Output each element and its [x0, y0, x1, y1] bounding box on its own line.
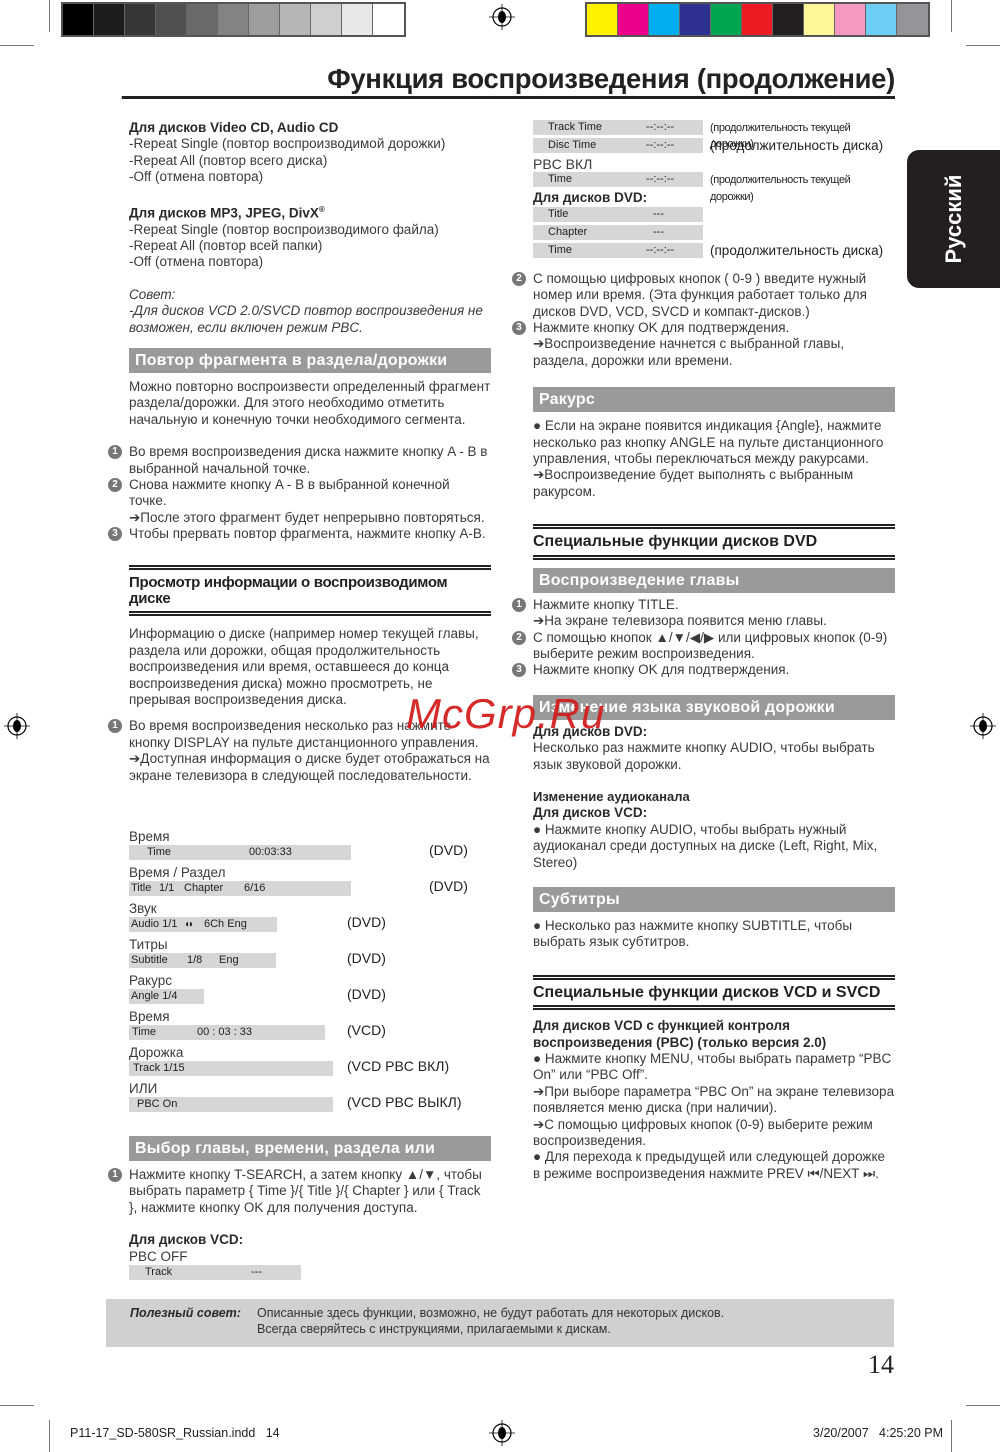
mp3-repeat-item: -Off (отмена повтора): [129, 254, 491, 270]
step-number-icon: 1: [108, 719, 122, 733]
crop-mark: [49, 1420, 50, 1452]
search-step-3-result: ➔Воспроизведение начнется с выбранной гл…: [533, 336, 895, 369]
swatch: [156, 4, 187, 35]
step-number-icon: 2: [512, 631, 526, 645]
ab-step-1: 1Во время воспроизведения диска нажмите …: [129, 444, 491, 477]
search-step-2: 2С помощью цифровых кнопок ( 0-9 ) введи…: [533, 271, 895, 320]
swatch: [587, 4, 618, 35]
osd-display-bar: Title1/1Chapter6/16: [129, 881, 351, 896]
pbc-on-label: PBC ВКЛ: [533, 156, 895, 172]
left-column: Для дисков Video CD, Audio CD -Repeat Si…: [129, 120, 491, 784]
crop-mark: [951, 1420, 952, 1452]
crop-mark: [951, 0, 952, 32]
audio-channel-heading: Изменение аудиоканала: [533, 789, 895, 805]
mp3-repeat-item: -Repeat Single (повтор воспроизводимого …: [129, 222, 491, 238]
chapter-step-3: 3Нажмите кнопку OK для подтверждения.: [533, 662, 895, 678]
audio-vcd-heading: Для дисков VCD:: [533, 805, 895, 821]
chapter-step-1: 1Нажмите кнопку TITLE.: [533, 597, 895, 613]
swatch: [373, 4, 404, 35]
swatch: [742, 4, 773, 35]
angle-result: ➔Воспроизведение будет выполнять с выбра…: [533, 467, 895, 500]
tip-label: Совет:: [129, 287, 491, 303]
swatch: [680, 4, 711, 35]
step-number-icon: 1: [108, 445, 122, 459]
search-step-1: 1Нажмите кнопку T-SEARCH, а затем кнопку…: [129, 1167, 491, 1216]
useful-tip-line: Описанные здесь функции, возможно, не бу…: [257, 1305, 724, 1322]
audio-dvd-text: Несколько раз нажмите кнопку AUDIO, чтоб…: [533, 740, 895, 773]
osd-display-bar: Time--:--:--: [533, 243, 703, 258]
osd-display-bar: Subtitle1/8Eng: [129, 953, 276, 968]
useful-tip-line: Всегда сверяйтесь с инструкциями, прилаг…: [257, 1321, 611, 1338]
osd-display-bar: Chapter---: [533, 225, 703, 240]
swatch: [866, 4, 897, 35]
grayscale-calibration-bar: [61, 2, 406, 37]
section-heading-search: Выбор главы, времени, раздела или дорожк…: [129, 1136, 491, 1161]
step-number-icon: 1: [108, 1168, 122, 1182]
section-heading-dvd-special: Специальные функции дисков DVD: [533, 524, 895, 559]
swatch: [63, 4, 94, 35]
osd-display-bar: Track 1/15: [129, 1061, 333, 1076]
section-heading-ab-repeat: Повтор фрагмента в раздела/дорожки: [129, 348, 491, 373]
osd-display-bar: Time00 : 03 : 33: [129, 1025, 325, 1040]
pbc-item: ● Для перехода к предыдущей или следующе…: [533, 1149, 895, 1182]
registration-mark-icon: [489, 4, 515, 30]
ab-intro: Можно повторно воспроизвести определенны…: [129, 379, 491, 428]
useful-tip-box: Полезный совет: Описанные здесь функции,…: [106, 1299, 894, 1347]
section-heading-subtitles: Субтитры: [533, 887, 895, 912]
tip-text: -Для дисков VCD 2.0/SVCD повтор воспроиз…: [129, 303, 491, 336]
swatch: [94, 4, 125, 35]
osd-disc-type-tag: (DVD): [347, 950, 386, 966]
swatch: [311, 4, 342, 35]
swatch: [187, 4, 218, 35]
swatch: [218, 4, 249, 35]
osd-disc-type-tag: (DVD): [429, 878, 468, 894]
osd-note: (продолжительность диска): [710, 138, 883, 154]
osd-note: (продолжительность текущей дорожки): [710, 172, 895, 205]
language-tab: Русский: [907, 150, 1000, 288]
osd-display-bar: Disc Time--:--:--: [533, 138, 703, 153]
osd-track-field: Track---: [129, 1265, 301, 1280]
step-number-icon: 3: [512, 663, 526, 677]
language-tab-label: Русский: [941, 175, 967, 264]
osd-display-bar: Time--:--:--: [533, 172, 703, 187]
section-heading-chapter-play: Воспроизведение главы: [533, 568, 895, 593]
pbc-item: ➔При выборе параметра “PBC On” на экране…: [533, 1084, 895, 1117]
step-number-icon: 2: [512, 272, 526, 286]
search-step-3: 3Нажмите кнопку OK для подтверждения.: [533, 320, 895, 336]
swatch: [280, 4, 311, 35]
step-number-icon: 2: [108, 478, 122, 492]
swatch: [897, 4, 928, 35]
registration-mark-icon: [489, 1420, 515, 1446]
chapter-step-2: 2С помощью кнопок ▲/▼/◀/▶ или цифровых к…: [533, 630, 895, 663]
audio-vcd-text: ● Нажмите кнопку AUDIO, чтобы выбрать ну…: [533, 822, 895, 871]
pbc-heading: Для дисков VCD с функцией контроля воспр…: [533, 1018, 895, 1051]
swatch: [342, 4, 373, 35]
section-heading-vcd-special: Специальные функции дисков VCD и SVCD: [533, 975, 895, 1010]
search-vcd-heading: Для дисков VCD:: [129, 1232, 491, 1248]
swatch: [835, 4, 866, 35]
crop-mark: [966, 45, 1000, 46]
osd-display-bar: Angle 1/4: [129, 989, 204, 1004]
osd-disc-type-tag: (VCD PBC ВЫКЛ): [347, 1094, 462, 1110]
vcd-repeat-item: -Repeat All (повтор всего диска): [129, 153, 491, 169]
color-calibration-bar: [585, 2, 930, 37]
dolby-digital-icon: ◖◗: [184, 917, 192, 932]
page-title: Функция воспроизведения (продолжение): [122, 62, 895, 99]
osd-item-label: Время: [129, 1009, 491, 1025]
page-number: 14: [868, 1350, 894, 1380]
osd-sequence: ВремяTime00:03:33(DVD)Время / РазделTitl…: [129, 829, 491, 1117]
crop-mark: [49, 0, 50, 32]
info-step-1-result: ➔Доступная информация о диске будет отоб…: [129, 751, 491, 784]
right-column: Track Time--:--:--(продолжительность тек…: [533, 120, 895, 1182]
osd-display-bar: Title---: [533, 207, 703, 222]
step-number-icon: 1: [512, 598, 526, 612]
vcd-repeat-heading: Для дисков Video CD, Audio CD: [129, 120, 491, 136]
osd-item-label: Титры: [129, 937, 491, 953]
crop-mark: [966, 1405, 1000, 1406]
section-heading-angle: Ракурс: [533, 387, 895, 412]
swatch: [618, 4, 649, 35]
useful-tip-label: Полезный совет:: [130, 1305, 241, 1322]
search-section: Выбор главы, времени, раздела или дорожк…: [129, 1136, 491, 1280]
ab-step-2: 2Снова нажмите кнопку A - B в выбранной …: [129, 477, 491, 510]
pbc-item: ➔С помощью цифровых кнопок (0-9) выберит…: [533, 1117, 895, 1150]
osd-disc-type-tag: (DVD): [429, 842, 468, 858]
step-number-icon: 3: [512, 321, 526, 335]
osd-item-label: Звук: [129, 901, 491, 917]
pbc-item: ● Нажмите кнопку MENU, чтобы выбрать пар…: [533, 1051, 895, 1084]
osd-note: (продолжительность диска): [710, 243, 883, 259]
ab-step-3: 3Чтобы прервать повтор фрагмента, нажмит…: [129, 526, 491, 542]
subtitle-text: ● Несколько раз нажмите кнопку SUBTITLE,…: [533, 918, 895, 951]
swatch: [125, 4, 156, 35]
swatch: [804, 4, 835, 35]
mp3-repeat-item: -Repeat All (повтор всей папки): [129, 238, 491, 254]
osd-disc-type-tag: (VCD PBC ВКЛ): [347, 1058, 449, 1074]
swatch: [649, 4, 680, 35]
section-heading-disc-info: Просмотр информации о воспроизводимом ди…: [129, 565, 491, 617]
swatch: [773, 4, 804, 35]
angle-text: ● Если на экране появится индикация {Ang…: [533, 418, 895, 467]
step-number-icon: 3: [108, 527, 122, 541]
osd-display-bar: PBC On: [129, 1097, 333, 1112]
osd-disc-type-tag: (VCD): [347, 1022, 386, 1038]
osd-disc-type-tag: (DVD): [347, 986, 386, 1002]
chapter-step-1-result: ➔На экране телевизора появится меню глав…: [533, 613, 895, 629]
crop-mark: [0, 1405, 34, 1406]
crop-mark: [0, 45, 34, 46]
registration-mark-icon: [4, 713, 30, 739]
mp3-repeat-heading: Для дисков MP3, JPEG, DivX®: [129, 202, 491, 222]
search-pbc-off: PBC OFF: [129, 1249, 491, 1265]
osd-display-bar: Audio 1/1◖◗6Ch Eng: [129, 917, 277, 932]
osd-display-bar: Time00:03:33: [129, 845, 351, 860]
swatch: [711, 4, 742, 35]
registration-mark-icon: [970, 713, 996, 739]
slug-timestamp: 3/20/2007 4:25:20 PM: [813, 1426, 943, 1440]
osd-item-label: Ракурс: [129, 973, 491, 989]
vcd-repeat-item: -Repeat Single (повтор воспроизводимой д…: [129, 136, 491, 152]
ab-step-2-result: ➔После этого фрагмент будет непрерывно п…: [129, 510, 491, 526]
watermark: McGrp.Ru: [406, 690, 605, 738]
osd-disc-type-tag: (DVD): [347, 914, 386, 930]
slug-filename: P11-17_SD-580SR_Russian.indd 14: [70, 1426, 280, 1440]
swatch: [249, 4, 280, 35]
osd-display-bar: Track Time--:--:--: [533, 120, 703, 135]
vcd-repeat-item: -Off (отмена повтора): [129, 169, 491, 185]
